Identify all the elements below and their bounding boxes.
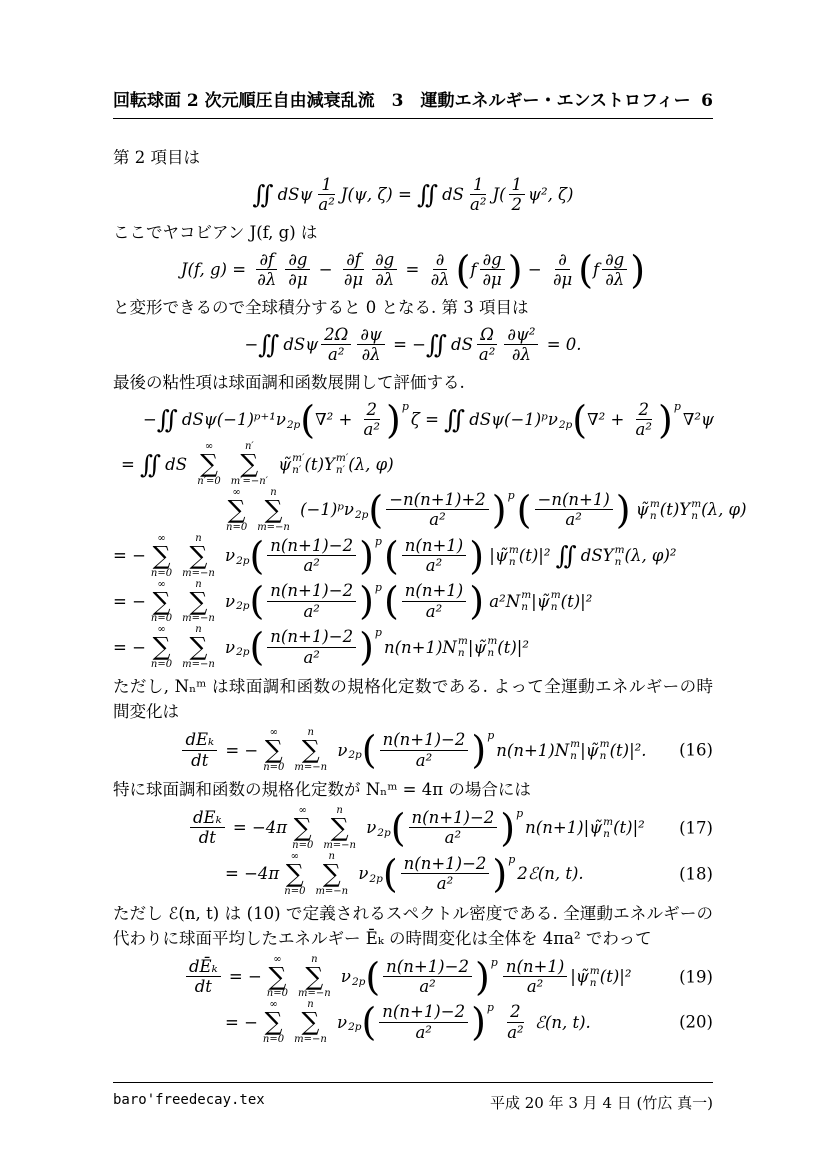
math-numerator: ∂f <box>256 250 277 270</box>
equation-block: −∫∫dSψ2Ωa²∂ψ∂λ = −∫∫dSΩa²∂ψ²∂λ = 0. <box>113 323 713 366</box>
math-sum-lower-limit: m=−n <box>257 522 290 533</box>
math-denominator: ∂λ <box>359 345 384 364</box>
math-text: − <box>244 335 258 354</box>
math-numerator: n(n+1)−2 <box>409 808 498 828</box>
math-exponent: p <box>491 956 498 969</box>
math-superscript: m′ <box>336 452 348 464</box>
math-fraction: 2a² <box>361 400 383 440</box>
math-sum-lower-limit: n′=0 <box>197 476 220 487</box>
math-text: dS <box>451 335 473 354</box>
math-denominator: ∂μ <box>341 270 366 289</box>
math-numerator: n(n+1)−2 <box>267 536 356 556</box>
source-filename: baro'freedecay.tex <box>113 1092 265 1113</box>
math-sum-lower-limit: m=−n <box>323 840 356 851</box>
math-sum-operator: n∑m=−n <box>182 533 215 579</box>
paragraph: ただし, Nₙᵐ は球面調和函数の規格化定数である. よって全運動エネルギーの時… <box>113 674 713 724</box>
math-denominator: 2 <box>509 195 526 214</box>
math-subscript: n <box>487 647 497 659</box>
math-symbol-base: ν <box>225 638 235 657</box>
math-symbol-with-indices: Nmn <box>555 738 580 762</box>
sigma-icon: ∑ <box>323 862 341 886</box>
paragraph: 第 2 項目は <box>113 145 713 170</box>
math-fraction: n(n+1)a² <box>503 957 567 997</box>
math-subscript: 2p <box>377 827 390 839</box>
math-superscript: m′ <box>292 452 304 464</box>
math-exponent: p <box>487 1001 494 1014</box>
math-symbol-base: N <box>555 741 569 760</box>
math-numerator: n(n+1)−2 <box>379 1002 468 1022</box>
math-numerator: ∂g <box>480 250 505 270</box>
math-paren-close: ) <box>469 583 484 619</box>
paragraph: 最後の粘性項は球面調和函数展開して評価する. <box>113 370 713 395</box>
double-integral-icon: ∫∫ <box>157 407 173 432</box>
math-text: (t) <box>660 500 680 519</box>
math-symbol-with-indices: ν2p <box>548 410 572 429</box>
math-symbol-with-indices: ψ̃mn <box>586 738 610 762</box>
equation-number: (18) <box>679 864 713 883</box>
equation-line: dEₖdt = −∞∑n=0n∑m=−n ν2p(n(n+1)−2a²)pn(n… <box>113 727 713 773</box>
math-text: ζ = <box>411 410 444 429</box>
math-symbol-base: ν <box>337 741 347 760</box>
sigma-icon: ∑ <box>153 590 171 614</box>
math-numerator: Ω <box>477 325 497 345</box>
math-numerator: 1 <box>509 175 526 195</box>
math-numerator: n(n+1) <box>503 957 567 977</box>
math-text: = − <box>225 1013 258 1032</box>
math-sum-operator: n∑m=−n <box>294 999 327 1045</box>
math-paren-close: ) <box>492 492 507 528</box>
math-fraction: n(n+1)a² <box>402 536 466 576</box>
math-paren-close: ) <box>658 402 673 438</box>
math-symbol-with-indices: Nmn <box>442 635 467 659</box>
double-integral-icon: ∫∫ <box>140 452 156 477</box>
math-numerator: dEₖ <box>182 730 217 750</box>
sigma-icon: ∑ <box>200 452 218 476</box>
math-superscript: m <box>570 738 580 750</box>
math-paren-open: ( <box>300 402 315 438</box>
math-subscript: n′ <box>292 464 304 476</box>
math-subscript: n <box>600 750 610 762</box>
math-denominator: a² <box>423 556 445 575</box>
double-integral-icon: ∫∫ <box>417 182 433 207</box>
math-superscript: m <box>521 589 531 601</box>
math-sum-operator: ∞∑n=0 <box>151 579 172 625</box>
math-text: J( <box>492 185 505 204</box>
math-text: = − <box>113 592 146 611</box>
math-subscript: n <box>603 828 613 840</box>
math-numerator: 1 <box>470 175 487 195</box>
math-sum-lower-limit: n=0 <box>226 522 247 533</box>
math-symbol-base: ν <box>276 410 286 429</box>
math-paren-close: ) <box>471 1004 486 1040</box>
math-scripts: mn <box>551 589 561 613</box>
math-text: (t)|². <box>610 741 647 760</box>
math-sum-operator: ∞∑n′=0 <box>197 441 220 487</box>
math-symbol-base: ν <box>341 967 351 986</box>
math-paren-open: ( <box>391 810 406 846</box>
document-body: 第 2 項目は∫∫dSψ1a²J(ψ, ζ) = ∫∫dS1a²J(12ψ², … <box>113 145 713 1045</box>
math-exponent: p <box>674 400 681 413</box>
math-symbol-base: ν <box>337 1013 347 1032</box>
math-numerator: ∂g <box>285 250 310 270</box>
math-numerator: n(n+1)−2 <box>267 581 356 601</box>
math-denominator: a² <box>562 510 584 529</box>
math-scripts: mn <box>650 498 660 522</box>
math-exponent: p <box>375 535 382 548</box>
math-symbol-base: N <box>442 638 456 657</box>
paragraph: 特に球面調和函数の規格化定数が Nₙᵐ = 4π の場合には <box>113 777 713 802</box>
math-sum-operator: n∑m=−n <box>298 954 331 1000</box>
double-integral-icon: ∫∫ <box>426 332 442 357</box>
equation-block: −∫∫dSψ(−1)ᵖ⁺¹ν2p(∇² + 2a²)pζ = ∫∫dSψ(−1)… <box>113 398 713 670</box>
math-fraction: 12 <box>509 175 526 215</box>
math-symbol-with-indices: ν2p <box>358 864 382 883</box>
math-text: dS <box>165 455 192 474</box>
math-scripts: mn <box>509 544 519 568</box>
math-subscript: n′ <box>336 464 348 476</box>
math-denominator: a² <box>413 751 435 770</box>
math-denominator: a² <box>633 420 655 439</box>
math-paren-close: ) <box>359 538 374 574</box>
math-scripts: mn <box>487 635 497 659</box>
equation-block: dEₖdt = −∞∑n=0n∑m=−n ν2p(n(n+1)−2a²)pn(n… <box>113 727 713 773</box>
math-fraction: n(n+1)−2a² <box>267 581 356 621</box>
equation-number: (16) <box>679 741 713 760</box>
math-sum-operator: n∑m=−n <box>182 579 215 625</box>
math-text: dS <box>581 546 603 565</box>
math-symbol-with-indices: ψ̃mn <box>537 589 561 613</box>
math-sum-operator: n∑m=−n <box>182 624 215 670</box>
math-paren-open: ( <box>572 402 587 438</box>
math-paren-close: ) <box>616 492 631 528</box>
math-symbol-with-indices: Ymn <box>679 498 701 522</box>
math-text: = − <box>224 967 262 986</box>
math-text: dS <box>442 185 464 204</box>
equation-line: −∫∫dSψ(−1)ᵖ⁺¹ν2p(∇² + 2a²)pζ = ∫∫dSψ(−1)… <box>113 398 713 441</box>
math-sum-operator: n′∑m′=−n′ <box>231 441 268 487</box>
math-subscript: 2p <box>369 873 382 885</box>
math-denominator: dt <box>188 751 211 770</box>
math-numerator: ∂ψ <box>357 325 384 345</box>
math-text: ψ², ζ) <box>528 185 573 204</box>
math-numerator: 2Ω <box>321 325 351 345</box>
math-text: ℰ(n, t). <box>530 1013 591 1032</box>
math-paren-open: ( <box>383 856 398 892</box>
math-sum-lower-limit: n=0 <box>263 762 284 773</box>
sigma-icon: ∑ <box>240 452 258 476</box>
equation-line: −∫∫dSψ2Ωa²∂ψ∂λ = −∫∫dSΩa²∂ψ²∂λ = 0. <box>113 323 713 366</box>
math-sum-lower-limit: m=−n <box>182 659 215 670</box>
math-fraction: n(n+1)−2a² <box>409 808 498 848</box>
math-symbol-with-indices: ψ̃mn <box>589 816 613 840</box>
math-symbol-base: ν <box>358 864 368 883</box>
math-numerator: 1 <box>318 175 335 195</box>
math-text: (t)|² <box>519 546 556 565</box>
math-exponent: p <box>487 729 494 742</box>
math-paren-close: ) <box>475 959 490 995</box>
math-sum-operator: ∞∑n=0 <box>263 999 284 1045</box>
math-text: (λ, φ)² <box>625 546 677 565</box>
math-sum-operator: n∑m=−n <box>294 727 327 773</box>
page-header: 回転球面 2 次元順圧自由減衰乱流 3 運動エネルギー・エンストロフィー 6 <box>113 86 713 119</box>
equation-number: (20) <box>679 1013 713 1032</box>
math-denominator: a² <box>467 195 489 214</box>
math-fraction: ∂ψ∂λ <box>357 325 384 365</box>
math-fraction: Ωa² <box>476 325 498 365</box>
math-numerator: 2 <box>364 400 381 420</box>
math-symbol-with-indices: ν2p <box>276 410 300 429</box>
math-numerator: ∂f <box>343 250 364 270</box>
math-text: dSψ <box>283 335 318 354</box>
math-numerator: n(n+1)−2 <box>401 854 490 874</box>
math-text: (−1)ᵖ <box>295 500 344 519</box>
math-subscript: n <box>551 601 561 613</box>
math-subscript: 2p <box>236 646 249 658</box>
math-sum-lower-limit: m=−n <box>182 613 215 624</box>
math-fraction: −n(n+1)a² <box>535 490 613 530</box>
math-text: (λ, φ) <box>348 455 393 474</box>
math-text: − <box>314 260 338 279</box>
math-subscript: n <box>650 510 660 522</box>
math-denominator: ∂λ <box>509 345 534 364</box>
math-scripts: m′n′ <box>336 452 348 476</box>
math-symbol-base: ψ̃ <box>589 818 602 837</box>
math-text: (t) <box>305 455 325 474</box>
math-paren-open: ( <box>361 1004 376 1040</box>
math-sum-lower-limit: m=−n <box>298 988 331 999</box>
math-fraction: −n(n+1)+2a² <box>386 490 489 530</box>
math-subscript: n <box>521 601 531 613</box>
math-subscript: n <box>590 977 600 989</box>
math-fraction: n(n+1)−2a² <box>267 627 356 667</box>
math-fraction: ∂∂μ <box>550 250 575 290</box>
sigma-icon: ∑ <box>265 498 283 522</box>
math-numerator: 2 <box>507 1002 524 1022</box>
math-text: ∇² + <box>315 410 357 429</box>
math-fraction: n(n+1)−2a² <box>383 957 472 997</box>
math-text: = − <box>220 741 258 760</box>
math-fraction: n(n+1)−2a² <box>379 1002 468 1042</box>
page-number: 6 <box>701 91 713 111</box>
math-subscript: 2p <box>352 976 365 988</box>
math-fraction: ∂f∂λ <box>254 250 279 290</box>
math-exponent: p <box>375 581 382 594</box>
math-denominator: a² <box>412 1023 434 1042</box>
math-symbol-base: ψ̃ <box>576 967 589 986</box>
math-denominator: a² <box>300 602 322 621</box>
math-text: ∇² + <box>587 410 629 429</box>
sigma-icon: ∑ <box>302 1010 320 1034</box>
math-denominator: a² <box>300 648 322 667</box>
math-scripts: mn <box>691 498 701 522</box>
math-symbol-base: ψ̃ <box>586 741 599 760</box>
math-subscript: 2p <box>348 749 361 761</box>
equation-line: = −∞∑n=0n∑m=−n ν2p(n(n+1)−2a²)pn(n+1)Nmn… <box>113 624 713 670</box>
math-superscript: m <box>487 635 497 647</box>
math-sum-lower-limit: n=0 <box>151 568 172 579</box>
math-denominator: a² <box>442 828 464 847</box>
sigma-icon: ∑ <box>268 965 286 989</box>
math-sum-operator: ∞∑n=0 <box>151 533 172 579</box>
math-paren-open: ( <box>249 538 264 574</box>
math-sum-operator: ∞∑n=0 <box>284 851 305 897</box>
sigma-icon: ∑ <box>265 738 283 762</box>
math-text: (λ, φ) <box>701 500 746 519</box>
math-superscript: m <box>650 498 660 510</box>
math-fraction: 2a² <box>504 1002 526 1042</box>
math-denominator: a² <box>300 556 322 575</box>
equation-block: ∫∫dSψ1a²J(ψ, ζ) = ∫∫dS1a²J(12ψ², ζ) <box>113 173 713 216</box>
math-symbol-with-indices: ν2p <box>225 638 249 657</box>
sigma-icon: ∑ <box>228 498 246 522</box>
math-symbol-with-indices: ν2p <box>366 818 390 837</box>
equation-line: = ∫∫dS ∞∑n′=0n′∑m′=−n′ ψ̃m′n′(t)Ym′n′(λ,… <box>113 441 713 487</box>
math-text: = <box>400 260 424 279</box>
math-text: J(ψ, ζ) = <box>341 185 417 204</box>
equation-number: (19) <box>679 967 713 986</box>
math-symbol-with-indices: ψ̃mn <box>636 498 660 522</box>
math-paren-open: ( <box>249 583 264 619</box>
math-paren-close: ) <box>500 810 515 846</box>
sigma-icon: ∑ <box>265 1010 283 1034</box>
math-symbol-base: ψ̃ <box>495 546 508 565</box>
math-sum-operator: ∞∑n=0 <box>292 805 313 851</box>
equation-line: = −∞∑n=0n∑m=−n ν2p(n(n+1)−2a²)p(n(n+1)a²… <box>113 533 713 579</box>
math-fraction: dĒₖdt <box>186 957 221 997</box>
math-subscript: n <box>615 556 625 568</box>
math-fraction: n(n+1)−2a² <box>380 730 469 770</box>
math-scripts: m′n′ <box>292 452 304 476</box>
math-fraction: dEₖdt <box>182 730 217 770</box>
math-exponent: p <box>375 626 382 639</box>
math-text: n(n+1) <box>496 741 554 760</box>
math-sum-operator: n∑m=−n <box>323 805 356 851</box>
double-integral-icon: ∫∫ <box>258 332 274 357</box>
math-numerator: n(n+1)−2 <box>380 730 469 750</box>
math-denominator: ∂μ <box>285 270 310 289</box>
math-denominator: dt <box>196 828 219 847</box>
math-numerator: 2 <box>636 400 653 420</box>
equation-line: dEₖdt = −4π∞∑n=0n∑m=−n ν2p(n(n+1)−2a²)pn… <box>113 805 713 851</box>
math-subscript: n <box>691 510 701 522</box>
math-symbol-with-indices: Ymn <box>603 544 625 568</box>
math-exponent: p <box>508 853 515 866</box>
math-paren-open: ( <box>384 538 399 574</box>
math-text: dSψ(−1)ᵖ⁺¹ <box>182 410 276 429</box>
math-sum-lower-limit: n=0 <box>267 988 288 999</box>
math-fraction: ∂g∂μ <box>285 250 310 290</box>
math-text: (t)|² <box>613 818 645 837</box>
math-subscript: n <box>570 750 580 762</box>
math-exponent: p <box>508 489 515 502</box>
math-superscript: m <box>551 589 561 601</box>
math-symbol-with-indices: ψ̃mn <box>473 635 497 659</box>
math-superscript: m <box>590 965 600 977</box>
math-scripts: mn <box>521 589 531 613</box>
math-denominator: a² <box>325 345 347 364</box>
equation-line: = −4π∞∑n=0n∑m=−n ν2p(n(n+1)−2a²)p2ℰ(n, t… <box>113 851 713 897</box>
sigma-icon: ∑ <box>305 965 323 989</box>
math-symbol-with-indices: Ym′n′ <box>324 452 348 476</box>
math-scripts: mn <box>600 738 610 762</box>
math-denominator: a² <box>426 510 448 529</box>
equation-block: J(f, g) = ∂f∂λ∂g∂μ − ∂f∂μ∂g∂λ = ∂∂λ(f∂g∂… <box>113 248 713 291</box>
math-superscript: m <box>600 738 610 750</box>
math-text: | <box>484 546 495 565</box>
math-sum-operator: n∑m=−n <box>257 487 290 533</box>
math-sum-lower-limit: n=0 <box>151 613 172 624</box>
math-text: = <box>121 455 140 474</box>
math-denominator: ∂μ <box>550 270 575 289</box>
paragraph: ただし ℰ(n, t) は (10) で定義されるスペクトル密度である. 全運動… <box>113 901 713 951</box>
math-denominator: a² <box>476 345 498 364</box>
math-text: = −4π <box>225 864 279 883</box>
math-fraction: dEₖdt <box>190 808 225 848</box>
math-numerator: ∂ <box>433 250 448 270</box>
math-sum-lower-limit: n=0 <box>292 840 313 851</box>
equation-line: ∞∑n=0n∑m=−n (−1)ᵖν2p(−n(n+1)+2a²)p(−n(n+… <box>113 487 713 533</box>
math-symbol-with-indices: ν2p <box>225 546 249 565</box>
math-numerator: dEₖ <box>190 808 225 828</box>
math-symbol-base: Y <box>603 546 614 565</box>
math-subscript: 2p <box>355 509 368 521</box>
math-denominator: ∂μ <box>480 270 505 289</box>
math-paren-close: ) <box>630 252 645 288</box>
math-symbol-with-indices: ν2p <box>337 741 361 760</box>
equation-number: (17) <box>679 818 713 837</box>
math-subscript: 2p <box>559 419 572 431</box>
math-text: = − <box>388 335 426 354</box>
math-numerator: dĒₖ <box>186 957 221 977</box>
section-number: 3 <box>392 91 404 111</box>
equation-line: dĒₖdt = −∞∑n=0n∑m=−n ν2p(n(n+1)−2a²)pn(n… <box>113 954 713 1000</box>
math-text: = 0. <box>541 335 581 354</box>
math-fraction: ∂f∂μ <box>341 250 366 290</box>
math-numerator: n(n+1)−2 <box>267 627 356 647</box>
math-text: = − <box>113 546 146 565</box>
document-page: 回転球面 2 次元順圧自由減衰乱流 3 運動エネルギー・エンストロフィー 6 第… <box>0 0 826 1169</box>
math-symbol-base: ψ̃ <box>636 500 649 519</box>
math-text <box>496 1013 501 1032</box>
math-numerator: ∂ψ² <box>504 325 538 345</box>
math-paren-open: ( <box>384 583 399 619</box>
math-paren-close: ) <box>386 402 401 438</box>
math-fraction: 1a² <box>467 175 489 215</box>
equation-line: = −∞∑n=0n∑m=−n ν2p(n(n+1)−2a²)p 2a² ℰ(n,… <box>113 999 713 1045</box>
math-symbol-with-indices: ψ̃mn <box>576 965 600 989</box>
math-text: 2ℰ(n, t). <box>517 864 583 883</box>
equation-block: dĒₖdt = −∞∑n=0n∑m=−n ν2p(n(n+1)−2a²)pn(n… <box>113 954 713 1046</box>
math-symbol-base: ν <box>225 546 235 565</box>
math-subscript: 2p <box>236 600 249 612</box>
section-title: 運動エネルギー・エンストロフィー <box>421 86 691 111</box>
math-sum-operator: ∞∑n=0 <box>267 954 288 1000</box>
math-symbol-with-indices: ψ̃mn <box>495 544 519 568</box>
math-numerator: n(n+1)−2 <box>383 957 472 977</box>
math-sum-operator: ∞∑n=0 <box>226 487 247 533</box>
math-sum-operator: ∞∑n=0 <box>263 727 284 773</box>
math-denominator: ∂λ <box>428 270 453 289</box>
sigma-icon: ∑ <box>190 544 208 568</box>
double-integral-icon: ∫∫ <box>556 543 572 568</box>
math-text: n(n+1) <box>384 638 442 657</box>
math-text: f <box>593 260 599 279</box>
math-paren-close: ) <box>359 629 374 665</box>
math-fraction: n(n+1)−2a² <box>267 536 356 576</box>
math-numerator: n(n+1) <box>402 581 466 601</box>
math-denominator: a² <box>361 420 383 439</box>
math-symbol-with-indices: ν2p <box>225 592 249 611</box>
